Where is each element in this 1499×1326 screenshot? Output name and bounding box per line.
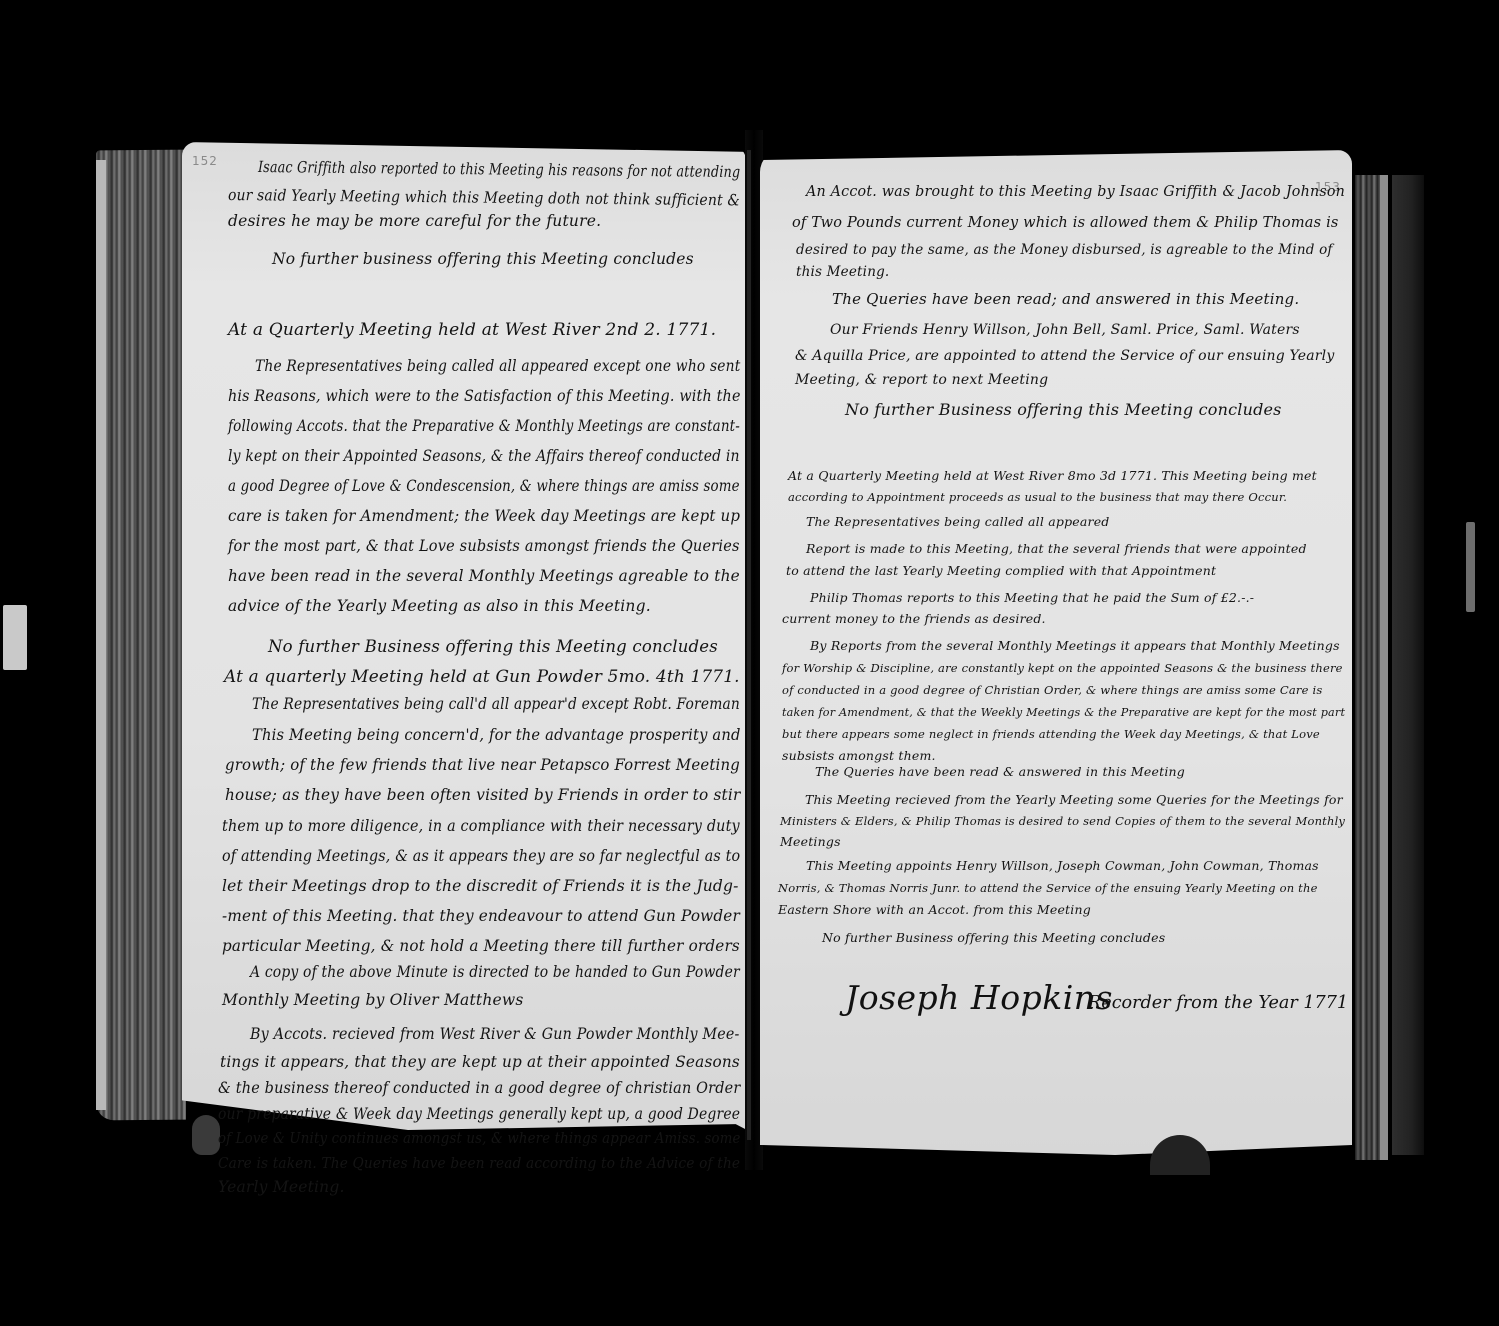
right-line-25: Ministers & Elders, & Philip Thomas is d… [780,814,1345,828]
left-line-6: The Representatives being called all app… [255,357,740,375]
right-line-16: current money to the friends as desired. [782,611,1046,626]
right-line-18: for Worship & Discipline, are constantly… [782,661,1343,675]
left-line-10: a good Degree of Love & Condescension, &… [228,477,740,495]
left-line-9: ly kept on their Appointed Seasons, & th… [228,447,740,465]
left-line-19: growth; of the few friends that live nea… [225,756,740,774]
left-line-14: advice of the Yearly Meeting as also in … [228,597,651,615]
bookmark-tab-left [3,605,27,670]
right-line-13: Report is made to this Meeting, that the… [806,541,1307,556]
left-line-28: By Accots. recieved from West River & Gu… [250,1025,739,1043]
left-line-32: of Love & Unity continues amongst us, & … [218,1131,741,1147]
right-line-8: Meeting, & report to next Meeting [795,372,1048,388]
right-line-21: but there appears some neglect in friend… [782,727,1320,741]
left-line-33: Care is taken. The Queries have been rea… [218,1156,740,1172]
right-line-3: desired to pay the same, as the Money di… [796,242,1333,258]
left-line-24: -ment of this Meeting. that they endeavo… [222,907,740,925]
left-line-20: house; as they have been often visited b… [225,786,740,804]
left-line-7: his Reasons, which were to the Satisfact… [228,387,741,405]
left-line-22: of attending Meetings, & as it appears t… [222,847,740,865]
left-line-29: tings it appears, that they are kept up … [220,1053,740,1071]
left-line-13: have been read in the several Monthly Me… [228,567,740,585]
right-line-11: according to Appointment proceeds as usu… [788,490,1287,504]
left-line-23: let their Meetings drop to the discredit… [222,877,739,895]
right-line-1: An Accot. was brought to this Meeting by… [806,184,1345,200]
right-line-30: No further Business offering this Meetin… [822,930,1165,945]
left-page-stack-edge [96,150,186,1121]
left-line-21: them up to more diligence, in a complian… [222,817,740,835]
left-line-18: This Meeting being concern'd, for the ad… [252,726,741,744]
left-heading-2: At a quarterly Meeting held at Gun Powde… [224,667,740,687]
right-cover-shadow [1392,175,1424,1155]
signature-name: Joseph Hopkins [845,978,1113,1017]
right-line-5: The Queries have been read; and answered… [832,290,1299,308]
right-line-12: The Representatives being called all app… [806,514,1110,529]
right-line-19: of conducted in a good degree of Christi… [782,683,1322,697]
bookmark-tab-right [1466,522,1475,612]
right-line-23: The Queries have been read & answered in… [815,764,1185,779]
right-line-2: of Two Pounds current Money which is all… [792,215,1339,231]
right-line-9: No further Business offering this Meetin… [845,400,1282,419]
right-line-20: taken for Amendment, & that the Weekly M… [782,705,1345,719]
left-line-3: desires he may be more careful for the f… [228,212,601,230]
right-line-26: Meetings [780,834,841,849]
left-line-26: A copy of the above Minute is directed t… [250,963,740,981]
left-line-31: our preparative & Week day Meetings gene… [218,1105,740,1123]
right-heading: At a Quarterly Meeting held at West Rive… [788,468,1317,483]
right-line-28: Norris, & Thomas Norris Junr. to attend … [778,881,1318,895]
right-line-7: & Aquilla Price, are appointed to attend… [795,348,1334,364]
right-line-29: Eastern Shore with an Accot. from this M… [778,902,1091,917]
left-line-30: & the business thereof conducted in a go… [218,1079,740,1097]
gutter-edge [747,150,751,1140]
left-line-34: Yearly Meeting. [218,1178,345,1196]
left-line-12: for the most part, & that Love subsists … [228,537,740,555]
left-page-stack-highlight [96,160,106,1110]
right-page-stack-highlight [1380,175,1388,1160]
right-line-15: Philip Thomas reports to this Meeting th… [810,590,1254,605]
right-line-14: to attend the last Yearly Meeting compli… [786,563,1216,578]
left-line-15: No further Business offering this Meetin… [268,637,718,656]
left-line-8: following Accots. that the Preparative &… [228,417,740,435]
signature-title: Recorder from the Year 1771 [1088,992,1348,1013]
folio-number-left: 152 [192,154,218,168]
right-line-17: By Reports from the several Monthly Meet… [810,638,1340,653]
right-line-4: this Meeting. [796,264,889,280]
right-line-6: Our Friends Henry Willson, John Bell, Sa… [830,322,1300,338]
left-line-25: particular Meeting, & not hold a Meeting… [222,937,740,955]
left-line-11: care is taken for Amendment; the Week da… [228,507,740,525]
left-page: 152 [182,142,747,1130]
page-clip-left [192,1115,220,1155]
left-line-4: No further business offering this Meetin… [272,250,694,268]
right-line-24: This Meeting recieved from the Yearly Me… [805,792,1343,807]
right-line-22: subsists amongst them. [782,748,936,763]
right-line-27: This Meeting appoints Henry Willson, Jos… [806,858,1319,873]
left-line-27: Monthly Meeting by Oliver Matthews [222,991,524,1009]
left-line-17: The Representatives being call'd all app… [252,695,740,713]
left-heading-1: At a Quarterly Meeting held at West Rive… [228,320,716,340]
